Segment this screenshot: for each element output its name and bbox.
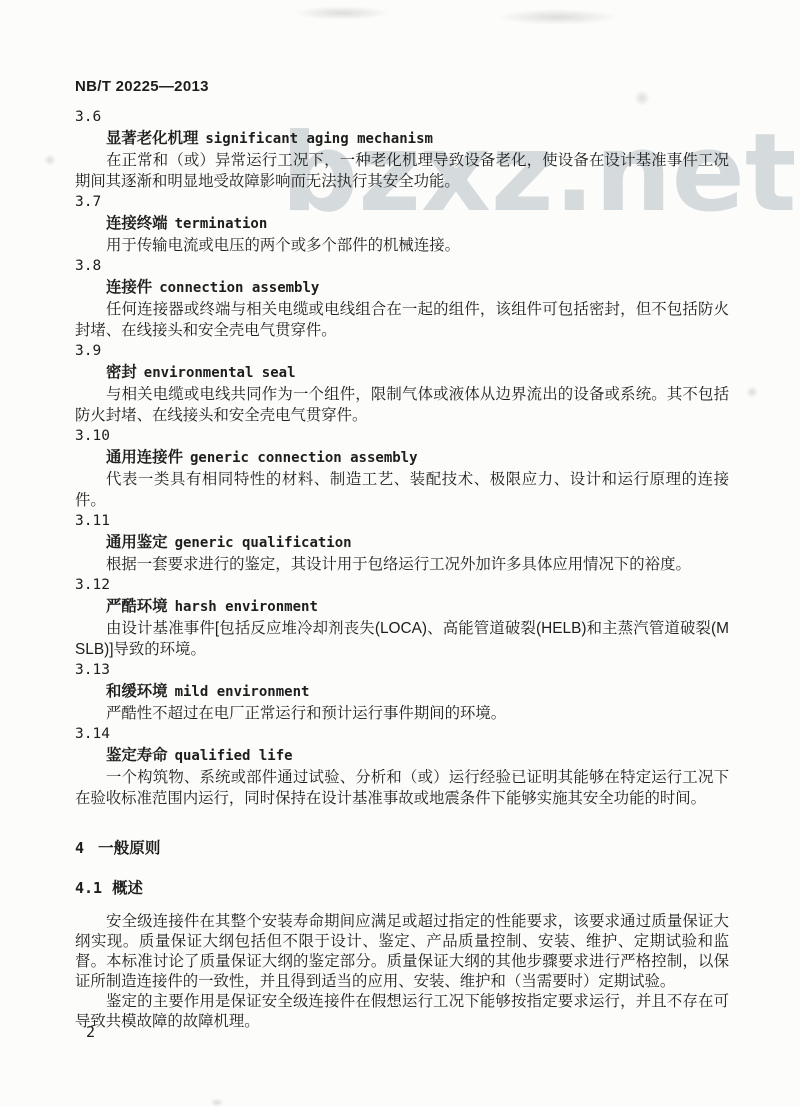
clause-number: 3.6 — [75, 107, 729, 128]
body-paragraph: 鉴定的主要作用是保证安全级连接件在假想运行工况下能够按指定要求运行，并且不存在可… — [75, 992, 729, 1032]
clause-number: 3.7 — [75, 192, 729, 213]
term-heading: 连接件connection assembly — [75, 277, 729, 299]
term-heading: 显著老化机理significant aging mechanism — [75, 128, 729, 150]
clause-number: 3.11 — [75, 511, 729, 532]
clause-number: 3.14 — [75, 724, 729, 745]
term-heading: 通用连接件generic connection assembly — [75, 447, 729, 469]
subsection-heading: 4.1概述 — [75, 878, 729, 899]
definition-text: 任何连接器或终端与相关电缆或电线组合在一起的组件，该组件可包括密封，但不包括防火… — [75, 299, 729, 341]
term-chinese: 通用连接件 — [106, 449, 183, 466]
definition-clause-3-10: 3.10 通用连接件generic connection assembly 代表… — [75, 426, 729, 511]
term-heading: 通用鉴定generic qualification — [75, 532, 729, 554]
clause-number: 3.13 — [75, 660, 729, 681]
definition-text: 严酷性不超过在电厂正常运行和预计运行事件期间的环境。 — [75, 703, 729, 724]
term-chinese: 和缓环境 — [106, 683, 168, 700]
term-english: generic connection assembly — [190, 450, 418, 466]
document-body: 3.6 显著老化机理significant aging mechanism 在正… — [75, 107, 729, 1032]
term-heading: 连接终端termination — [75, 213, 729, 235]
term-chinese: 连接终端 — [106, 215, 168, 232]
chapter-number: 4 — [75, 839, 84, 857]
clause-number: 3.12 — [75, 575, 729, 596]
term-english: environmental seal — [144, 365, 296, 381]
definition-clause-3-8: 3.8 连接件connection assembly 任何连接器或终端与相关电缆… — [75, 256, 729, 341]
term-heading: 严酷环境harsh environment — [75, 596, 729, 618]
scan-noise — [44, 154, 56, 166]
term-chinese: 显著老化机理 — [106, 130, 198, 147]
term-english: generic qualification — [175, 535, 352, 551]
definition-text: 由设计基准事件[包括反应堆冷却剂丧失(LOCA)、高能管道破裂(HELB)和主蒸… — [75, 618, 729, 660]
definition-text: 与相关电缆或电线共同作为一个组件，限制气体或液体从边界流出的设备或系统。其不包括… — [75, 384, 729, 426]
definition-clause-3-13: 3.13 和缓环境mild environment 严酷性不超过在电厂正常运行和… — [75, 660, 729, 724]
definition-text: 在正常和（或）异常运行工况下，一种老化机理导致设备老化，使设备在设计基准事件工况… — [75, 150, 729, 192]
term-chinese: 通用鉴定 — [106, 534, 168, 551]
term-english: termination — [175, 216, 268, 232]
term-heading: 和缓环境mild environment — [75, 681, 729, 703]
term-chinese: 连接件 — [106, 279, 152, 296]
definition-text: 根据一套要求进行的鉴定，其设计用于包络运行工况外加许多具体应用情况下的裕度。 — [75, 554, 729, 575]
term-chinese: 鉴定寿命 — [106, 747, 168, 764]
definition-clause-3-6: 3.6 显著老化机理significant aging mechanism 在正… — [75, 107, 729, 192]
definition-clause-3-9: 3.9 密封environmental seal 与相关电缆或电线共同作为一个组… — [75, 341, 729, 426]
term-chinese: 严酷环境 — [106, 598, 168, 615]
term-english: connection assembly — [159, 280, 319, 296]
definition-text: 一个构筑物、系统或部件通过试验、分析和（或）运行经验已证明其能够在特定运行工况下… — [75, 767, 729, 809]
standard-number-header: NB/T 20225—2013 — [75, 78, 209, 95]
subsection-number: 4.1 — [75, 879, 102, 897]
term-english: mild environment — [175, 684, 310, 700]
scan-noise — [634, 90, 650, 106]
scan-noise — [746, 386, 758, 398]
scan-noise — [498, 9, 618, 25]
term-english: significant aging mechanism — [205, 131, 433, 147]
chapter-heading: 4一般原则 — [75, 838, 729, 859]
term-heading: 鉴定寿命qualified life — [75, 745, 729, 767]
definition-clause-3-11: 3.11 通用鉴定generic qualification 根据一套要求进行的… — [75, 511, 729, 575]
definition-text: 用于传输电流或电压的两个或多个部件的机械连接。 — [75, 235, 729, 256]
definition-clause-3-12: 3.12 严酷环境harsh environment 由设计基准事件[包括反应堆… — [75, 575, 729, 660]
definition-clause-3-14: 3.14 鉴定寿命qualified life 一个构筑物、系统或部件通过试验、… — [75, 724, 729, 809]
body-paragraph: 安全级连接件在其整个安装寿命期间应满足或超过指定的性能要求，该要求通过质量保证大… — [75, 912, 729, 992]
scan-noise — [210, 1098, 224, 1107]
clause-number: 3.8 — [75, 256, 729, 277]
definition-clause-3-7: 3.7 连接终端termination 用于传输电流或电压的两个或多个部件的机械… — [75, 192, 729, 256]
term-heading: 密封environmental seal — [75, 362, 729, 384]
definition-text: 代表一类具有相同特性的材料、制造工艺、装配技术、极限应力、设计和运行原理的连接件… — [75, 469, 729, 511]
page-number: 2 — [86, 1023, 95, 1041]
scan-noise — [295, 6, 390, 20]
chapter-title: 一般原则 — [98, 840, 160, 857]
document-page: bzxz.net NB/T 20225—2013 3.6 显著老化机理signi… — [0, 0, 800, 1107]
subsection-title: 概述 — [112, 880, 143, 897]
clause-number: 3.9 — [75, 341, 729, 362]
term-chinese: 密封 — [106, 364, 137, 381]
term-english: harsh environment — [175, 599, 318, 615]
clause-number: 3.10 — [75, 426, 729, 447]
term-english: qualified life — [175, 748, 293, 764]
